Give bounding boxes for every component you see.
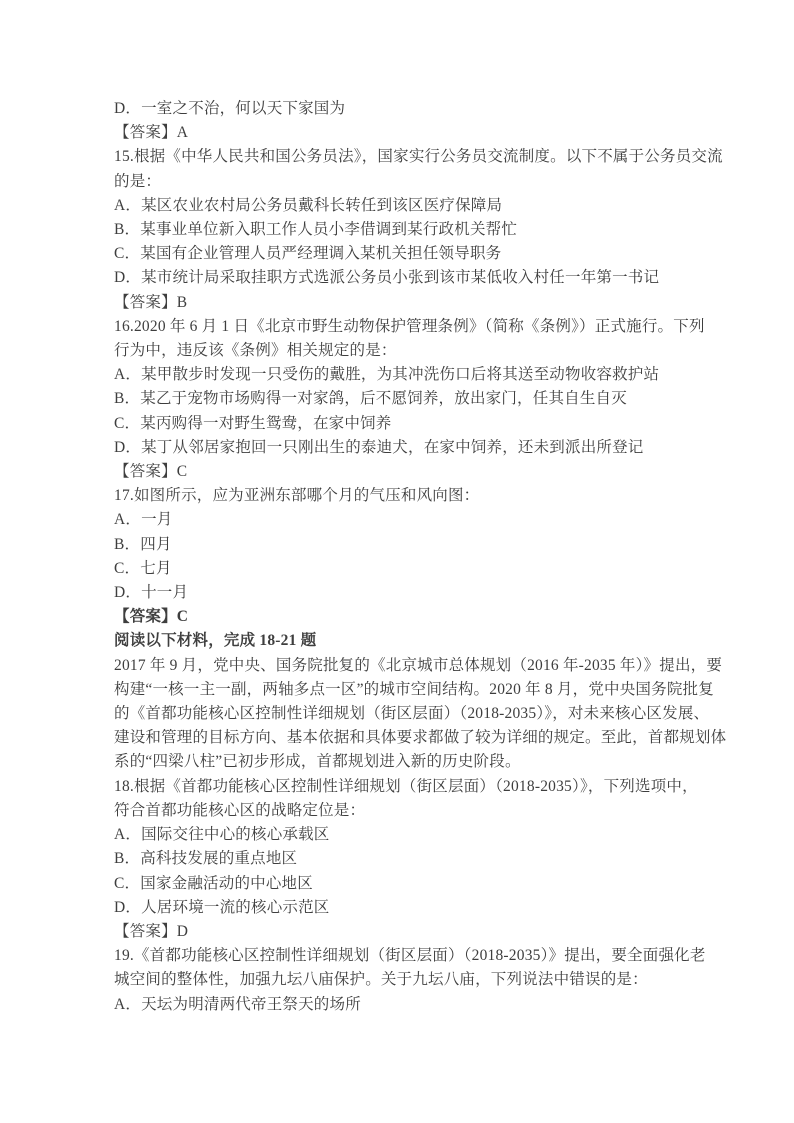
option-line: C．某国有企业管理人员严经理调入某机关担任领导职务 bbox=[114, 242, 684, 266]
question-line: 18.根据《首都功能核心区控制性详细规划（街区层面）（2018-2035）》，下… bbox=[114, 775, 684, 799]
option-line: A．天坛为明清两代帝王祭天的场所 bbox=[114, 993, 684, 1017]
option-line: C．国家金融活动的中心地区 bbox=[114, 872, 684, 896]
option-line: D．十一月 bbox=[114, 581, 684, 605]
option-line: A．一月 bbox=[114, 508, 684, 532]
paragraph-line: 系的“四梁八柱”已初步形成，首都规划进入新的历史阶段。 bbox=[114, 750, 684, 774]
option-line: B．四月 bbox=[114, 533, 684, 557]
document-page: D．一室之不治，何以天下家国为【答案】A15.根据《中华人民共和国公务员法》，国… bbox=[0, 0, 794, 1123]
question-line: 城空间的整体性，加强九坛八庙保护。关于九坛八庙，下列说法中错误的是： bbox=[114, 968, 684, 992]
question-line: 15.根据《中华人民共和国公务员法》，国家实行公务员交流制度。以下不属于公务员交… bbox=[114, 145, 684, 169]
option-line: B．高科技发展的重点地区 bbox=[114, 847, 684, 871]
answer-line: 【答案】D bbox=[114, 920, 684, 944]
option-line: A．某甲散步时发现一只受伤的戴胜，为其冲洗伤口后将其送至动物收容救护站 bbox=[114, 363, 684, 387]
answer-line: 【答案】A bbox=[114, 121, 684, 145]
paragraph-line: 建设和管理的目标方向、基本依据和具体要求都做了较为详细的规定。至此，首都规划体 bbox=[114, 726, 684, 750]
question-line: 的是： bbox=[114, 170, 684, 194]
section-heading-line: 阅读以下材料，完成 18-21 题 bbox=[114, 629, 684, 653]
option-line: D．某市统计局采取挂职方式选派公务员小张到该市某低收入村任一年第一书记 bbox=[114, 266, 684, 290]
question-line: 符合首都功能核心区的战略定位是： bbox=[114, 799, 684, 823]
question-line: 行为中，违反该《条例》相关规定的是： bbox=[114, 339, 684, 363]
paragraph-line: 的《首都功能核心区控制性详细规划（街区层面）（2018-2035）》，对未来核心… bbox=[114, 702, 684, 726]
option-line: A．某区农业农村局公务员戴科长转任到该区医疗保障局 bbox=[114, 194, 684, 218]
question-line: 19.《首都功能核心区控制性详细规划（街区层面）（2018-2035）》提出，要… bbox=[114, 944, 684, 968]
answer-line: 【答案】B bbox=[114, 291, 684, 315]
option-line: C．某丙购得一对野生鸳鸯，在家中饲养 bbox=[114, 412, 684, 436]
option-line: A．国际交往中心的核心承载区 bbox=[114, 823, 684, 847]
paragraph-line: 构建“一核一主一副，两轴多点一区”的城市空间结构。2020 年 8 月，党中央国… bbox=[114, 678, 684, 702]
document-content: D．一室之不治，何以天下家国为【答案】A15.根据《中华人民共和国公务员法》，国… bbox=[114, 97, 684, 1017]
question-line: 16.2020 年 6 月 1 日《北京市野生动物保护管理条例》（简称《条例》）… bbox=[114, 315, 684, 339]
answer-line: 【答案】C bbox=[114, 460, 684, 484]
option-line: B．某事业单位新入职工作人员小李借调到某行政机关帮忙 bbox=[114, 218, 684, 242]
answer-line: 【答案】C bbox=[114, 605, 684, 629]
paragraph-line: 2017 年 9 月，党中央、国务院批复的《北京城市总体规划（2016 年-20… bbox=[114, 654, 684, 678]
option-line: D．一室之不治，何以天下家国为 bbox=[114, 97, 684, 121]
option-line: C．七月 bbox=[114, 557, 684, 581]
option-line: D．人居环境一流的核心示范区 bbox=[114, 896, 684, 920]
option-line: D．某丁从邻居家抱回一只刚出生的泰迪犬，在家中饲养，还未到派出所登记 bbox=[114, 436, 684, 460]
option-line: B．某乙于宠物市场购得一对家鸽，后不愿饲养，放出家门，任其自生自灭 bbox=[114, 387, 684, 411]
question-line: 17.如图所示，应为亚洲东部哪个月的气压和风向图： bbox=[114, 484, 684, 508]
